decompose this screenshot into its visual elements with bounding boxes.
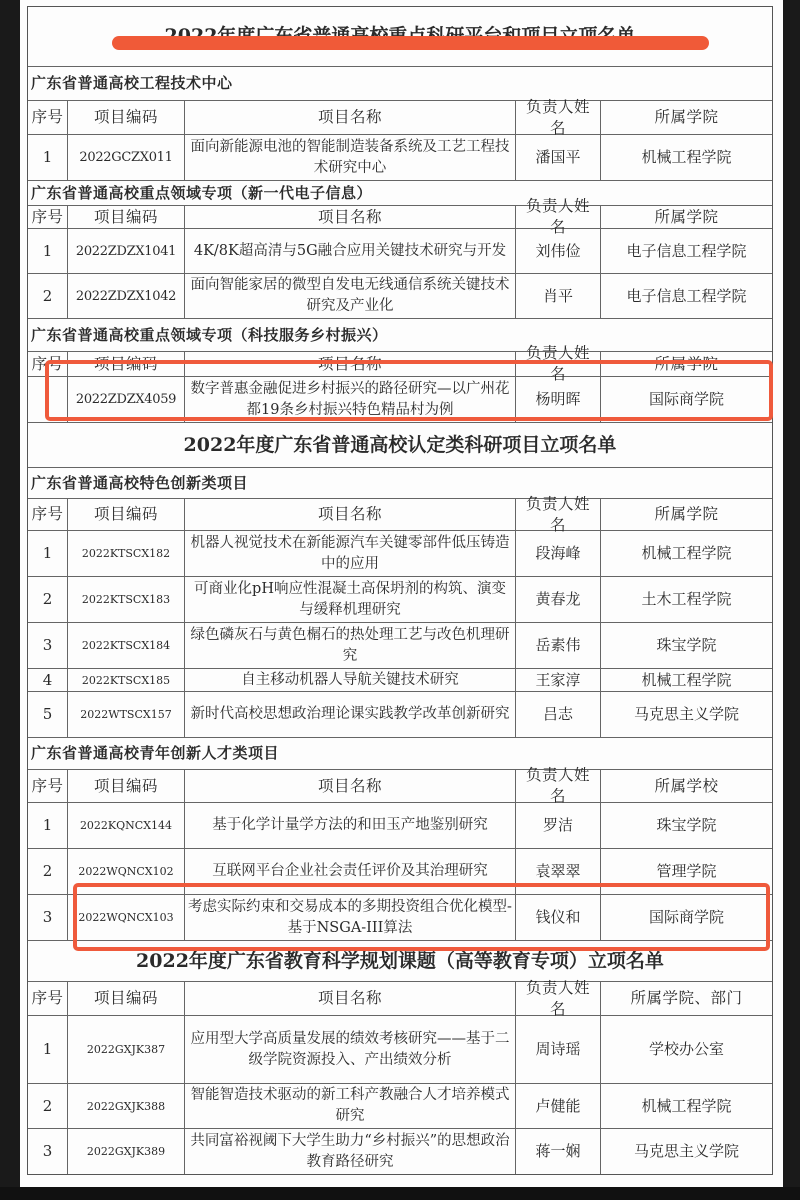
table-row: 1 2022KQNCX144 基于化学计量学方法的和田玉产地鉴别研究 罗洁 珠宝… <box>28 803 772 849</box>
cell-code: 2022KQNCX144 <box>68 803 185 848</box>
col-code: 项目编码 <box>68 101 185 134</box>
col-leader: 负责人姓名 <box>516 101 601 134</box>
cell-college: 土木工程学院 <box>601 577 772 622</box>
col-name: 项目名称 <box>185 101 516 134</box>
cell-leader: 肖平 <box>516 274 601 318</box>
cell-code: 2022KTSCX185 <box>68 669 185 691</box>
cell-name: 智能智造技术驱动的新工科产教融合人才培养模式研究 <box>185 1084 516 1128</box>
col-code: 项目编码 <box>68 499 185 530</box>
cell-name: 基于化学计量学方法的和田玉产地鉴别研究 <box>185 803 516 848</box>
table-row: 5 2022WTSCX157 新时代高校思想政治理论课实践教学改革创新研究 吕志… <box>28 692 772 738</box>
doc2-title-row: 2022年度广东省普通高校认定类科研项目立项名单 <box>28 423 772 468</box>
table-row: 1 2022GCZX011 面向新能源电池的智能制造装备系统及工艺工程技术研究中… <box>28 135 772 181</box>
cell-leader: 段海峰 <box>516 531 601 576</box>
col-leader: 负责人姓名 <box>516 206 601 228</box>
col-leader: 负责人姓名 <box>516 982 601 1015</box>
highlight-box-annotation <box>73 883 770 951</box>
cell-college: 机械工程学院 <box>601 669 772 691</box>
table-row: 2 2022ZDZX1042 面向智能家居的微型自发电无线通信系统关键技术研究及… <box>28 274 772 319</box>
cell-college: 马克思主义学院 <box>601 692 772 737</box>
header-row: 序号 项目编码 项目名称 负责人姓名 所属学院 <box>28 499 772 531</box>
col-name: 项目名称 <box>185 499 516 530</box>
cell-code: 2022ZDZX1041 <box>68 229 185 273</box>
cell-leader: 王家淳 <box>516 669 601 691</box>
col-no: 序号 <box>28 206 68 228</box>
cell-leader: 黄春龙 <box>516 577 601 622</box>
cell-code: 2022WTSCX157 <box>68 692 185 737</box>
cell-college: 电子信息工程学院 <box>601 229 772 273</box>
cell-leader: 周诗瑶 <box>516 1016 601 1083</box>
header-row: 序号 项目编码 项目名称 负责人姓名 所属学校 <box>28 770 772 803</box>
col-college: 所属学院 <box>601 499 772 530</box>
cell-name: 可商业化pH响应性混凝土高保坍剂的构筑、演变与缓释机理研究 <box>185 577 516 622</box>
cell-college: 珠宝学院 <box>601 803 772 848</box>
cell-name: 机器人视觉技术在新能源汽车关键零部件低压铸造中的应用 <box>185 531 516 576</box>
section-title: 广东省普通高校青年创新人才类项目 <box>28 738 772 769</box>
table-row: 1 2022GXJK387 应用型大学高质量发展的绩效考核研究——基于二级学院资… <box>28 1016 772 1084</box>
cell-no: 3 <box>28 623 68 668</box>
cell-no: 1 <box>28 135 68 180</box>
cell-leader: 蒋一娴 <box>516 1129 601 1174</box>
table-row: 2 2022KTSCX183 可商业化pH响应性混凝土高保坍剂的构筑、演变与缓释… <box>28 577 772 623</box>
cell-college: 珠宝学院 <box>601 623 772 668</box>
cell-no: 1 <box>28 1016 68 1083</box>
section-row: 广东省普通高校青年创新人才类项目 <box>28 738 772 770</box>
cell-leader: 吕志 <box>516 692 601 737</box>
cell-no: 4 <box>28 669 68 691</box>
bottom-bar <box>0 1187 800 1200</box>
cell-code: 2022GXJK388 <box>68 1084 185 1128</box>
cell-name: 新时代高校思想政治理论课实践教学改革创新研究 <box>185 692 516 737</box>
col-name: 项目名称 <box>185 770 516 802</box>
cell-code: 2022ZDZX1042 <box>68 274 185 318</box>
table-row: 1 2022KTSCX182 机器人视觉技术在新能源汽车关键零部件低压铸造中的应… <box>28 531 772 577</box>
cell-name: 绿色磷灰石与黄色榍石的热处理工艺与改色机理研究 <box>185 623 516 668</box>
cell-leader: 刘伟俭 <box>516 229 601 273</box>
col-no: 序号 <box>28 499 68 530</box>
table-row: 1 2022ZDZX1041 4K/8K超高清与5G融合应用关键技术研究与开发 … <box>28 229 772 274</box>
cell-code: 2022KTSCX184 <box>68 623 185 668</box>
table-row: 3 2022KTSCX184 绿色磷灰石与黄色榍石的热处理工艺与改色机理研究 岳… <box>28 623 772 669</box>
col-school: 所属学校 <box>601 770 772 802</box>
cell-leader: 潘国平 <box>516 135 601 180</box>
cell-code: 2022KTSCX183 <box>68 577 185 622</box>
cell-no: 2 <box>28 1084 68 1128</box>
col-no: 序号 <box>28 982 68 1015</box>
col-college: 所属学院 <box>601 101 772 134</box>
cell-no: 1 <box>28 229 68 273</box>
cell-name: 面向智能家居的微型自发电无线通信系统关键技术研究及产业化 <box>185 274 516 318</box>
col-leader: 负责人姓名 <box>516 499 601 530</box>
col-college: 所属学院 <box>601 206 772 228</box>
cell-leader: 岳素伟 <box>516 623 601 668</box>
cell-name: 4K/8K超高清与5G融合应用关键技术研究与开发 <box>185 229 516 273</box>
cell-no: 1 <box>28 531 68 576</box>
doc2-title: 2022年度广东省普通高校认定类科研项目立项名单 <box>28 423 772 467</box>
col-code: 项目编码 <box>68 770 185 802</box>
cell-college: 机械工程学院 <box>601 135 772 180</box>
table-row: 4 2022KTSCX185 自主移动机器人导航关键技术研究 王家淳 机械工程学… <box>28 669 772 692</box>
cell-no: 2 <box>28 849 68 894</box>
cell-no: 2 <box>28 577 68 622</box>
col-department: 所属学院、部门 <box>601 982 772 1015</box>
cell-leader: 罗洁 <box>516 803 601 848</box>
cell-code: 2022GXJK389 <box>68 1129 185 1174</box>
col-no: 序号 <box>28 101 68 134</box>
section-row: 广东省普通高校重点领域专项（新一代电子信息） <box>28 181 772 206</box>
cell-code: 2022GCZX011 <box>68 135 185 180</box>
section-title: 广东省普通高校重点领域专项（科技服务乡村振兴） <box>28 319 772 351</box>
cell-college: 电子信息工程学院 <box>601 274 772 318</box>
section-title: 广东省普通高校特色创新类项目 <box>28 468 772 498</box>
col-leader: 负责人姓名 <box>516 770 601 802</box>
cell-no: 3 <box>28 895 68 940</box>
cell-college: 学校办公室 <box>601 1016 772 1083</box>
col-code: 项目编码 <box>68 982 185 1015</box>
cell-code: 2022KTSCX182 <box>68 531 185 576</box>
cell-name: 面向新能源电池的智能制造装备系统及工艺工程技术研究中心 <box>185 135 516 180</box>
cell-no: 1 <box>28 803 68 848</box>
col-name: 项目名称 <box>185 982 516 1015</box>
header-row: 序号 项目编码 项目名称 负责人姓名 所属学院 <box>28 101 772 135</box>
col-name: 项目名称 <box>185 206 516 228</box>
table-row: 3 2022GXJK389 共同富裕视阈下大学生助力“乡村振兴”的思想政治教育路… <box>28 1129 772 1174</box>
table-row: 2 2022GXJK388 智能智造技术驱动的新工科产教融合人才培养模式研究 卢… <box>28 1084 772 1129</box>
section-title: 广东省普通高校工程技术中心 <box>28 67 772 100</box>
col-no: 序号 <box>28 770 68 802</box>
title-underline-annotation <box>112 36 709 50</box>
section-row: 广东省普通高校工程技术中心 <box>28 67 772 101</box>
cell-no: 2 <box>28 274 68 318</box>
cell-name: 应用型大学高质量发展的绩效考核研究——基于二级学院资源投入、产出绩效分析 <box>185 1016 516 1083</box>
highlight-box-annotation <box>45 360 773 421</box>
section-row: 广东省普通高校特色创新类项目 <box>28 468 772 499</box>
project-list-table: 2022年度广东省普通高校重点科研平台和项目立项名单 广东省普通高校工程技术中心… <box>27 6 773 1175</box>
header-row: 序号 项目编码 项目名称 负责人姓名 所属学院 <box>28 206 772 229</box>
cell-college: 机械工程学院 <box>601 531 772 576</box>
cell-leader: 卢健能 <box>516 1084 601 1128</box>
cell-no: 3 <box>28 1129 68 1174</box>
section-title: 广东省普通高校重点领域专项（新一代电子信息） <box>28 181 772 205</box>
cell-college: 马克思主义学院 <box>601 1129 772 1174</box>
cell-college: 机械工程学院 <box>601 1084 772 1128</box>
header-row: 序号 项目编码 项目名称 负责人姓名 所属学院、部门 <box>28 982 772 1016</box>
cell-no: 5 <box>28 692 68 737</box>
cell-code: 2022GXJK387 <box>68 1016 185 1083</box>
cell-name: 共同富裕视阈下大学生助力“乡村振兴”的思想政治教育路径研究 <box>185 1129 516 1174</box>
cell-name: 自主移动机器人导航关键技术研究 <box>185 669 516 691</box>
section-row: 广东省普通高校重点领域专项（科技服务乡村振兴） <box>28 319 772 352</box>
col-code: 项目编码 <box>68 206 185 228</box>
